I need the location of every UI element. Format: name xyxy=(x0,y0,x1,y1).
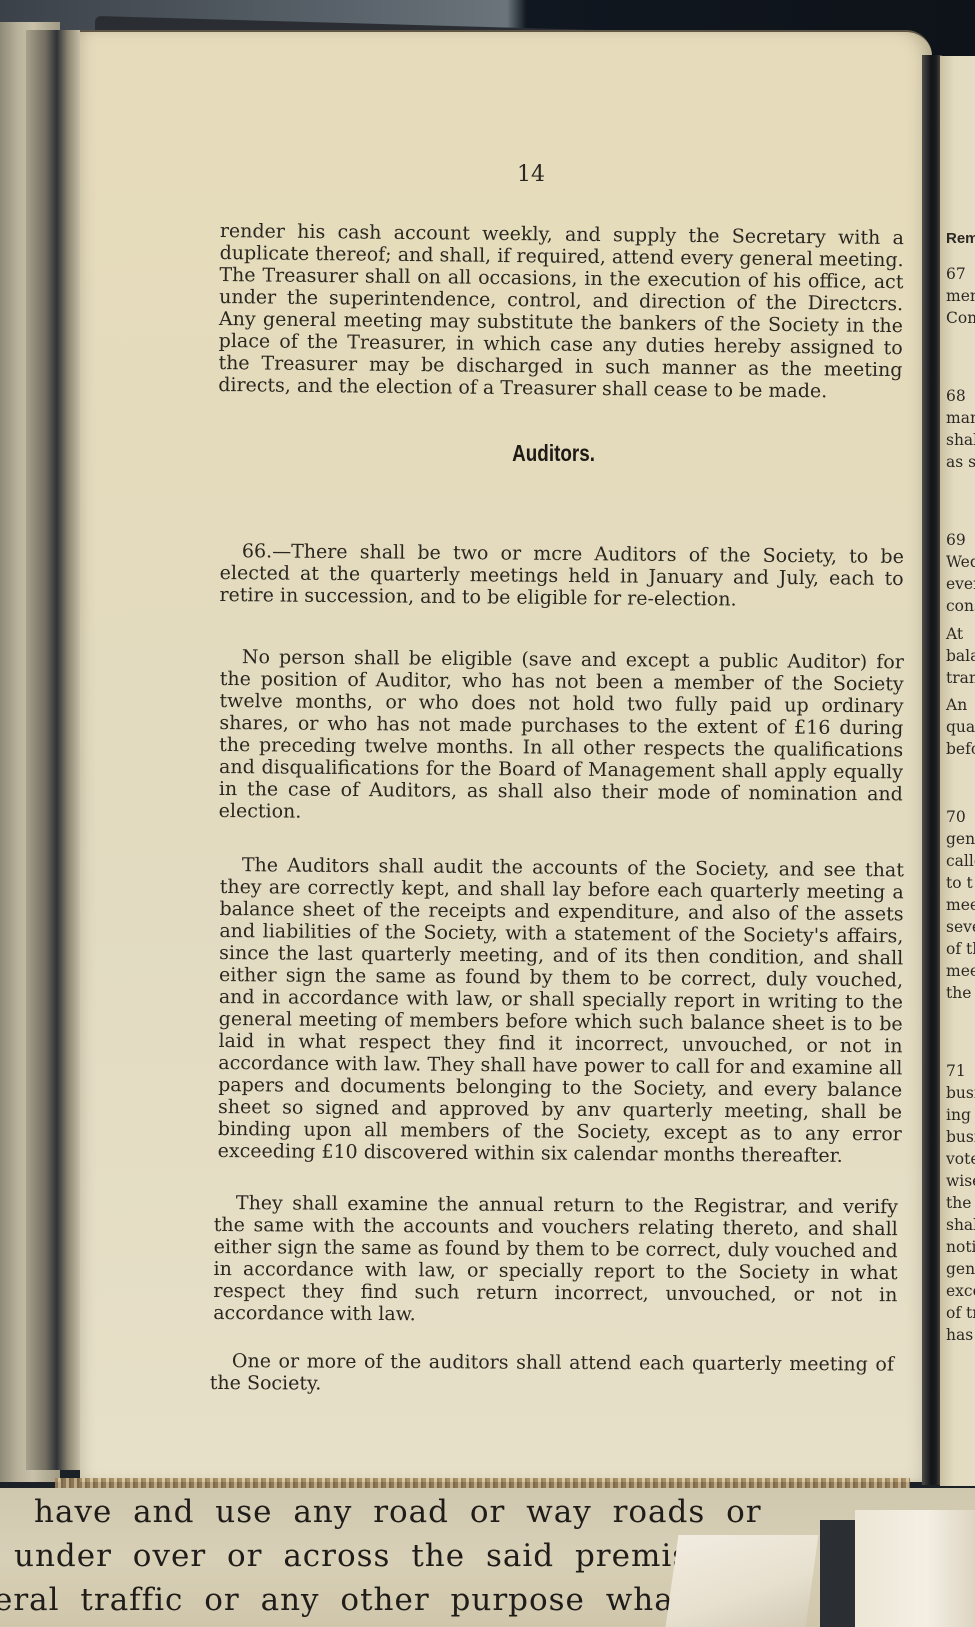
adjacent-page-fragment: the xyxy=(946,982,971,1004)
adjacent-page-fragment: ing xyxy=(946,1104,971,1126)
adjacent-page-fragment: gene xyxy=(946,828,975,850)
book-page: 14 render his cash account weekly, and s… xyxy=(80,30,932,1482)
adjacent-page-fragment: At xyxy=(946,623,963,645)
torn-paper-flap xyxy=(666,1535,819,1627)
adjacent-page-fragment: 69 xyxy=(946,529,966,551)
adjacent-page-fragment: has b xyxy=(946,1324,975,1346)
paragraph-text: render his cash account weekly, and supp… xyxy=(218,220,904,403)
gutter-shadow xyxy=(922,55,942,1485)
adjacent-page-fragment: to t xyxy=(946,872,973,894)
underlying-line: under over or across the said premises xyxy=(14,1538,725,1574)
adjacent-page-fragment: seve xyxy=(946,916,975,938)
adjacent-page-fragment: Rem xyxy=(946,228,975,250)
attendance-paragraph: One or more of the auditors shall attend… xyxy=(210,1350,894,1398)
left-binding xyxy=(26,30,82,1470)
adjacent-page-fragment: An xyxy=(946,694,967,716)
adjacent-page-fragment: busi xyxy=(946,1126,975,1148)
adjacent-page-fragment: of th xyxy=(946,938,975,960)
adjacent-page: Rem67memCom68manshalas s69WedeverconsAtb… xyxy=(940,56,975,1486)
adjacent-page-fragment: notic xyxy=(946,1236,975,1258)
adjacent-page-fragment: ever xyxy=(946,573,975,595)
page-number: 14 xyxy=(80,162,932,187)
paragraph-text: The Auditors shall audit the accounts of… xyxy=(218,854,904,1167)
eligibility-paragraph: No person shall be eligible (save and ex… xyxy=(219,646,904,827)
adjacent-page-fragment: vote xyxy=(946,1148,975,1170)
adjacent-page-fragment: man xyxy=(946,407,975,429)
paragraph-text: 66.—There shall be two or mcre Auditors … xyxy=(219,540,904,612)
adjacent-page-fragment: 70 xyxy=(946,806,966,828)
adjacent-page-fragment: gene xyxy=(946,1258,975,1280)
adjacent-page-fragment: quar xyxy=(946,716,975,738)
paper-fragment xyxy=(855,1510,975,1627)
adjacent-page-fragment: of tr xyxy=(946,1302,975,1324)
paragraph-text: No person shall be eligible (save and ex… xyxy=(219,646,904,827)
adjacent-page-fragment: Com xyxy=(946,307,975,329)
adjacent-page-fragment: cons xyxy=(946,595,975,617)
adjacent-page-fragment: exce xyxy=(946,1280,975,1302)
adjacent-page-fragment: meet xyxy=(946,894,975,916)
adjacent-page-fragment: shal xyxy=(946,429,975,451)
adjacent-page-fragment: 68 xyxy=(946,385,966,407)
adjacent-page-fragment: 67 xyxy=(946,263,966,285)
audit-duties-paragraph: The Auditors shall audit the accounts of… xyxy=(218,854,904,1167)
paragraph-text: They shall examine the annual return to … xyxy=(213,1192,898,1328)
adjacent-page-fragment: mem xyxy=(946,285,975,307)
adjacent-page-fragment: shall xyxy=(946,1214,975,1236)
section-heading: Auditors. xyxy=(157,440,856,467)
adjacent-page-fragment: Wed xyxy=(946,551,975,573)
adjacent-page-fragment: tran xyxy=(946,667,975,689)
annual-return-paragraph: They shall examine the annual return to … xyxy=(213,1192,898,1328)
adjacent-page-fragment: busi xyxy=(946,1082,975,1104)
adjacent-page-fragment: bala xyxy=(946,645,975,667)
rule-66-paragraph: 66.—There shall be two or mcre Auditors … xyxy=(219,540,904,612)
underlying-line: have and use any road or way roads or xyxy=(34,1494,762,1530)
adjacent-page-fragment: calle xyxy=(946,850,975,872)
adjacent-page-fragment: wise xyxy=(946,1170,975,1192)
dark-gap xyxy=(820,1520,860,1627)
adjacent-page-fragment: meet xyxy=(946,960,975,982)
adjacent-page-fragment: befo xyxy=(946,738,975,760)
paragraph-text: One or more of the auditors shall attend… xyxy=(210,1350,894,1398)
continuation-paragraph: render his cash account weekly, and supp… xyxy=(218,220,904,403)
adjacent-page-fragment: 71 xyxy=(946,1060,966,1082)
adjacent-page-fragment: as s xyxy=(946,451,975,473)
adjacent-page-fragment: the xyxy=(946,1192,971,1214)
